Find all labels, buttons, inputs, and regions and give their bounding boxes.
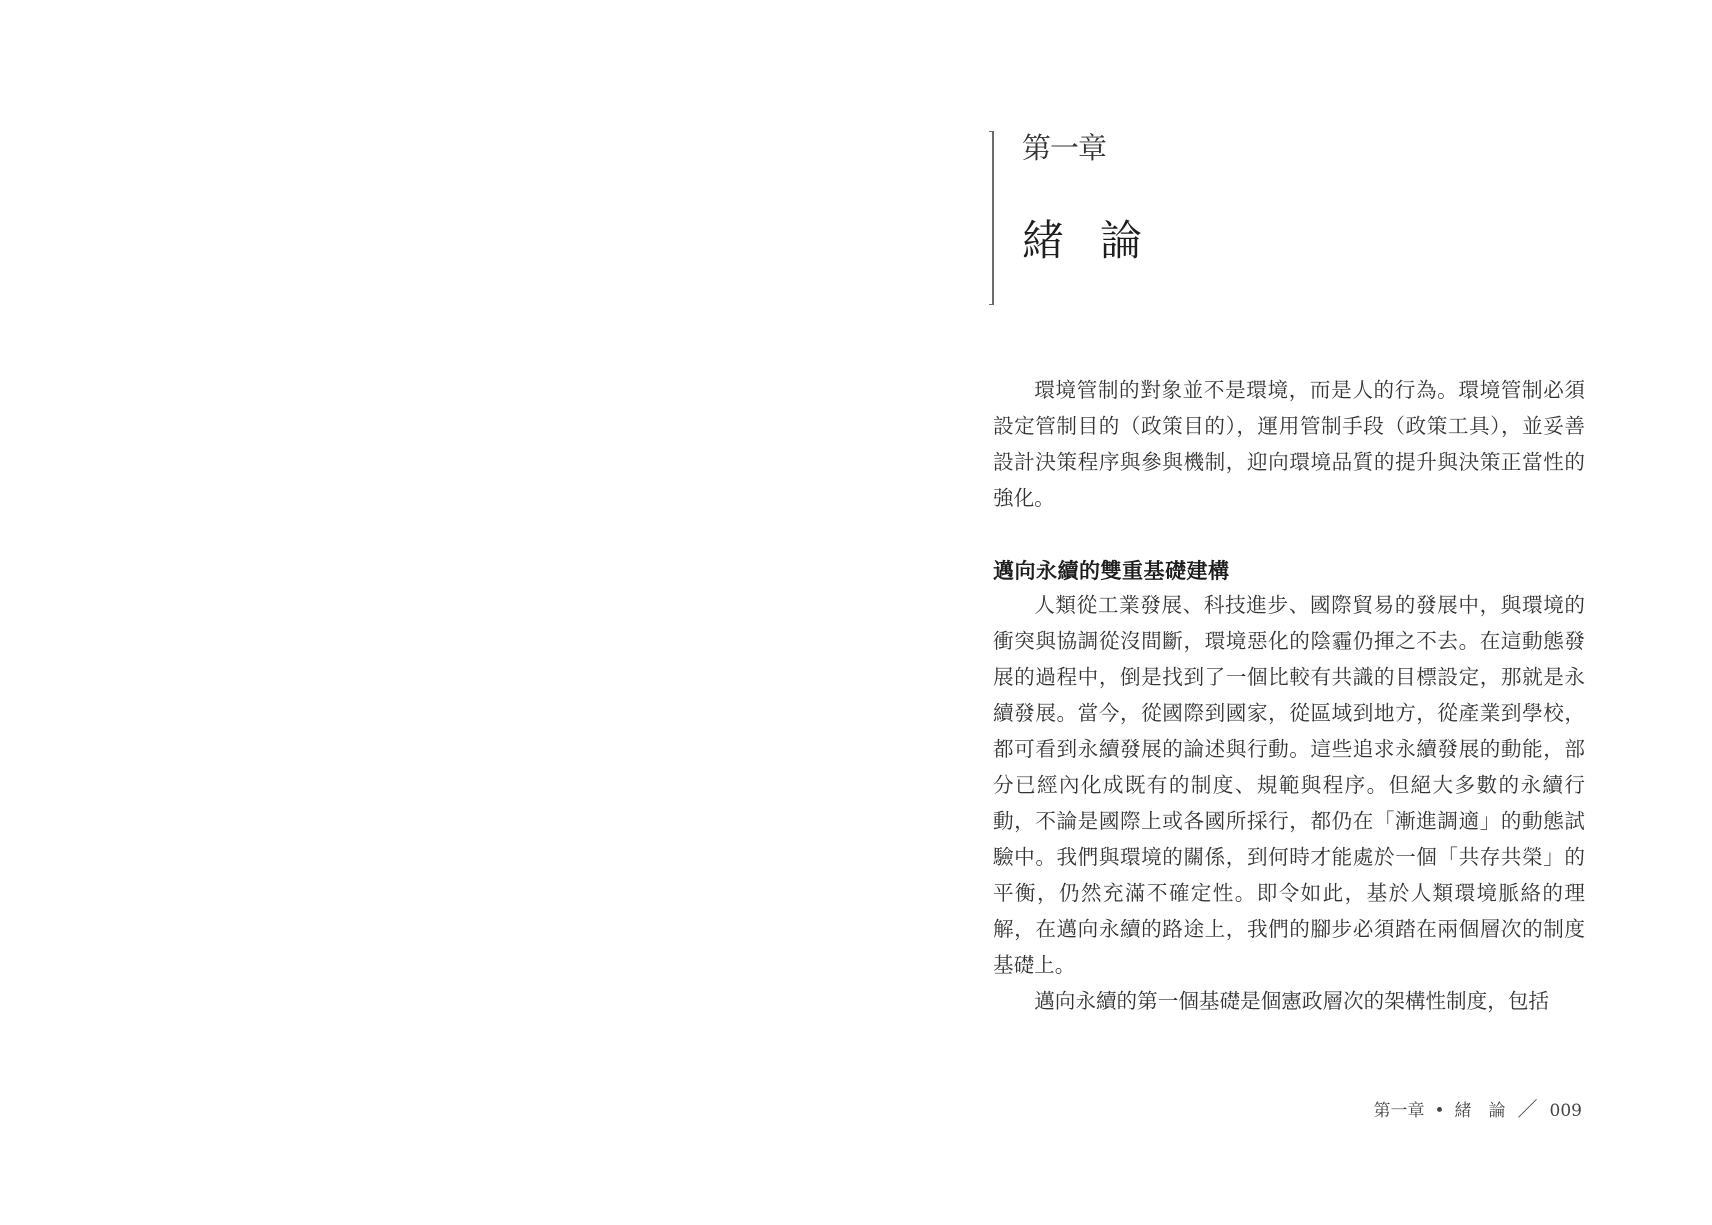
section-paragraph-2: 邁向永續的第一個基礎是個憲政層次的架構性制度，包括 — [993, 983, 1585, 1019]
section-heading: 邁向永續的雙重基礎建構 — [993, 555, 1230, 585]
section-body: 人類從工業發展、科技進步、國際貿易的發展中，與環境的衝突與協調從沒間斷，環境惡化… — [993, 587, 1585, 1019]
page-number: 009 — [1550, 1101, 1582, 1121]
footer-chapter: 第一章 — [1374, 1101, 1425, 1121]
footer-slash: ／ — [1518, 1093, 1538, 1122]
chapter-vertical-rule — [992, 131, 994, 305]
chapter-title: 緒論 — [1022, 208, 1142, 268]
running-footer: 第一章•緒 論／009 — [1374, 1093, 1582, 1122]
section-paragraph-1: 人類從工業發展、科技進步、國際貿易的發展中，與環境的衝突與協調從沒間斷，環境惡化… — [993, 587, 1585, 983]
chapter-title-char-2: 論 — [1100, 216, 1142, 265]
intro-paragraph: 環境管制的對象並不是環境，而是人的行為。環境管制必須設定管制目的（政策目的），運… — [993, 372, 1585, 516]
footer-bullet: • — [1435, 1101, 1445, 1121]
book-page: 第一章 緒論 環境管制的對象並不是環境，而是人的行為。環境管制必須設定管制目的（… — [0, 0, 1712, 1225]
footer-title: 緒 論 — [1455, 1101, 1506, 1121]
intro-block: 環境管制的對象並不是環境，而是人的行為。環境管制必須設定管制目的（政策目的），運… — [993, 372, 1585, 516]
chapter-label: 第一章 — [1022, 126, 1106, 167]
chapter-title-char-1: 緒 — [1022, 216, 1064, 265]
